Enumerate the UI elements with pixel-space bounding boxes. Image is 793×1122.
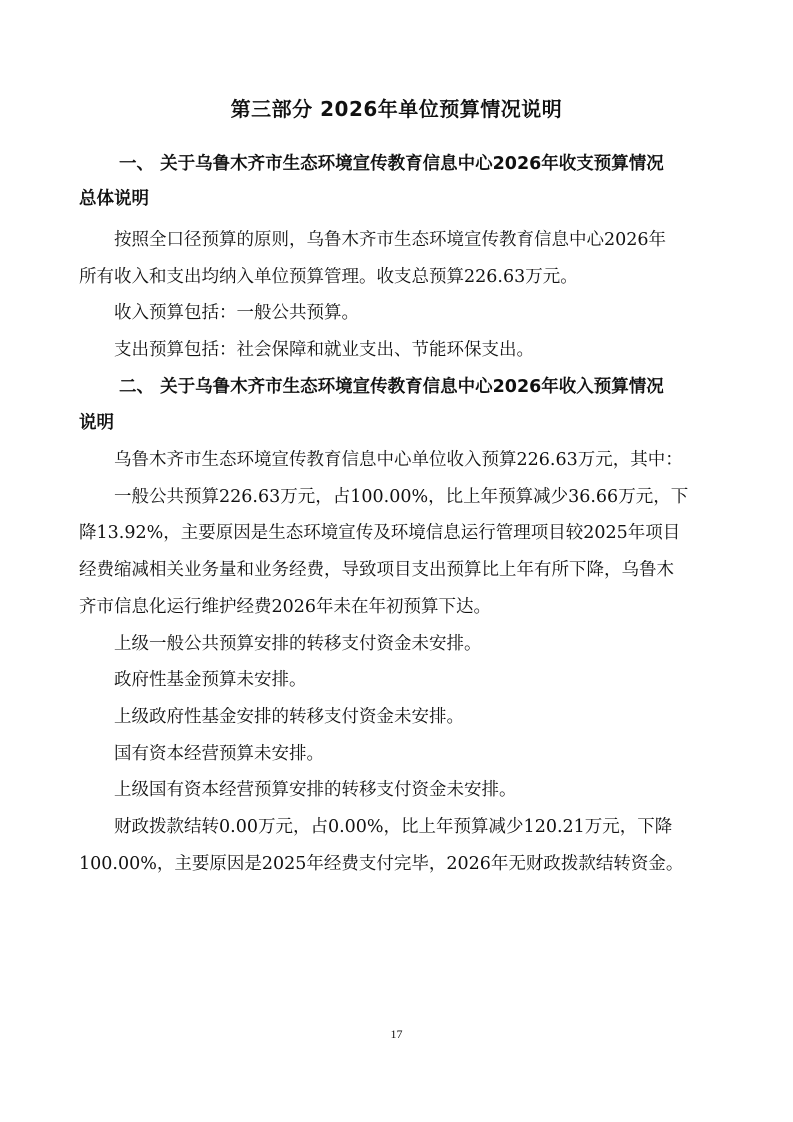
section-heading-1: 一、 关于乌鲁木齐市生态环境宣传教育信息中心2026年收支预算情况 bbox=[0, 152, 793, 176]
paragraph-cont: 降13.92%，主要原因是生态环境宣传及环境信息运行管理项目较2025年项目 bbox=[0, 521, 793, 545]
page-number: 17 bbox=[0, 1027, 793, 1042]
paragraph: 财政拨款结转0.00万元，占0.00%，比上年预算减少120.21万元，下降 bbox=[0, 815, 793, 839]
page-title: 第三部分 2026年单位预算情况说明 bbox=[0, 93, 793, 122]
paragraph: 上级国有资本经营预算安排的转移支付资金未安排。 bbox=[0, 778, 793, 802]
paragraph-cont: 100.00%，主要原因是2025年经费支付完毕，2026年无财政拨款结转资金。 bbox=[0, 852, 793, 876]
paragraph-cont: 齐市信息化运行维护经费2026年未在年初预算下达。 bbox=[0, 595, 793, 619]
paragraph: 国有资本经营预算未安排。 bbox=[0, 742, 793, 766]
paragraph: 收入预算包括：一般公共预算。 bbox=[0, 301, 793, 325]
paragraph: 按照全口径预算的原则，乌鲁木齐市生态环境宣传教育信息中心2026年 bbox=[0, 228, 793, 252]
document-page: 第三部分 2026年单位预算情况说明 一、 关于乌鲁木齐市生态环境宣传教育信息中… bbox=[0, 0, 793, 1122]
paragraph: 支出预算包括：社会保障和就业支出、节能环保支出。 bbox=[0, 338, 793, 362]
paragraph-cont: 所有收入和支出均纳入单位预算管理。收支总预算226.63万元。 bbox=[0, 265, 793, 289]
paragraph-cont: 经费缩减相关业务量和业务经费，导致项目支出预算比上年有所下降，乌鲁木 bbox=[0, 558, 793, 582]
paragraph: 一般公共预算226.63万元，占100.00%，比上年预算减少36.66万元，下 bbox=[0, 485, 793, 509]
paragraph: 上级一般公共预算安排的转移支付资金未安排。 bbox=[0, 632, 793, 656]
section-heading-2-cont: 说明 bbox=[0, 411, 793, 435]
paragraph: 政府性基金预算未安排。 bbox=[0, 668, 793, 692]
section-heading-2: 二、 关于乌鲁木齐市生态环境宣传教育信息中心2026年收入预算情况 bbox=[0, 375, 793, 399]
section-heading-1-cont: 总体说明 bbox=[0, 187, 793, 211]
paragraph: 上级政府性基金安排的转移支付资金未安排。 bbox=[0, 705, 793, 729]
paragraph: 乌鲁木齐市生态环境宣传教育信息中心单位收入预算226.63万元，其中： bbox=[0, 448, 793, 472]
